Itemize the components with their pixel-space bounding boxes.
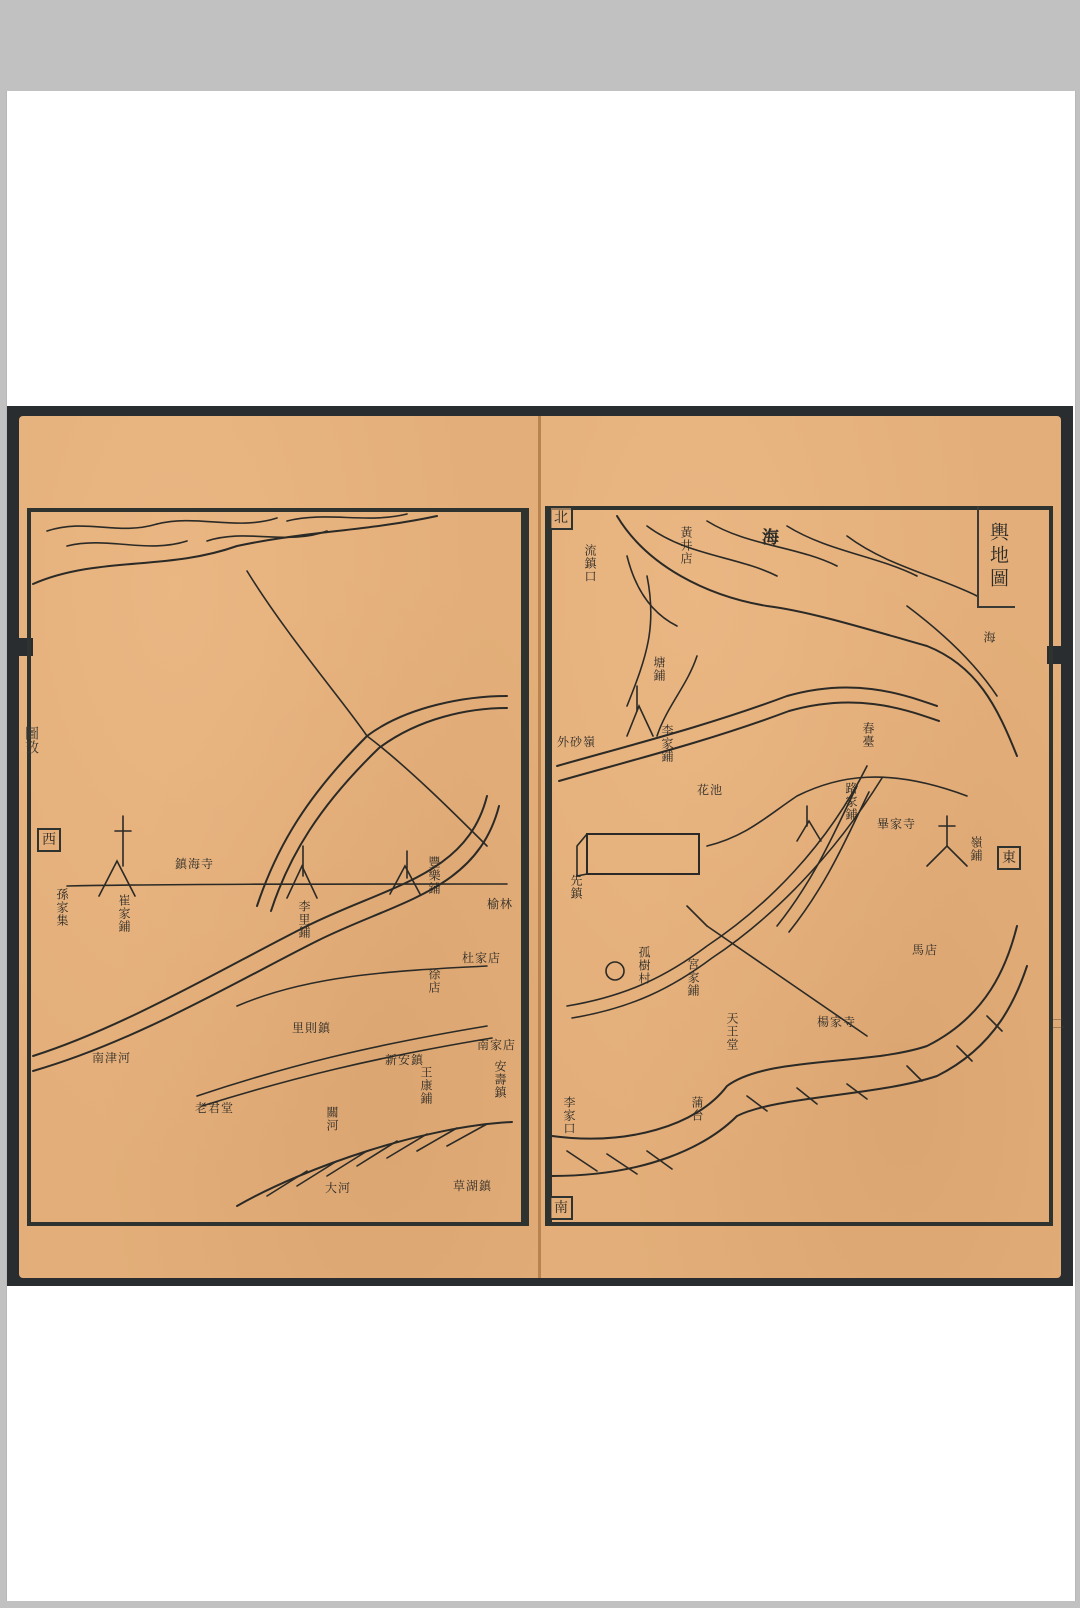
place-label: 孤樹村: [637, 946, 650, 985]
direction-west: 西: [37, 828, 61, 852]
direction-east: 東: [997, 846, 1021, 870]
place-label: 鎮海寺: [175, 858, 214, 871]
map-title: 輿地圖: [977, 506, 1015, 608]
place-label: 先鎮: [569, 874, 582, 900]
place-label: 流鎮口: [583, 544, 596, 583]
place-label: 南津河: [92, 1052, 131, 1065]
place-label: 豐樂鋪: [427, 856, 440, 895]
place-label: 關河: [325, 1106, 338, 1132]
place-label: 李里鋪: [297, 900, 310, 939]
place-label: 春臺: [861, 722, 874, 748]
place-label: 草湖鎮: [453, 1180, 492, 1193]
place-label: 馬店: [912, 944, 938, 957]
left-margin-text: 圖攷: [21, 726, 41, 754]
direction-north: 北: [549, 506, 573, 530]
place-label: 花池: [697, 784, 723, 797]
place-label: 外砂嶺: [557, 736, 596, 749]
place-label: 孫家集: [55, 888, 68, 927]
place-label: 宮家鋪: [686, 958, 699, 997]
place-label: 蒲台: [690, 1096, 703, 1122]
place-label: 畢家寺: [877, 818, 916, 831]
place-label: 王康鋪: [419, 1066, 432, 1105]
page-number: 二: [1047, 1016, 1067, 1030]
place-label: 崔家鋪: [117, 894, 130, 933]
place-label: 李家鋪: [660, 724, 673, 763]
place-label: 黃井店: [679, 526, 692, 565]
map-drawing: [7, 406, 1073, 1286]
direction-south: 南: [549, 1196, 573, 1220]
book-scan[interactable]: 輿地圖 圖攷 二 北 南 東 西 海 海 孫家集 崔家鋪 鎮海寺 李里鋪 豐樂鋪…: [7, 406, 1073, 1286]
place-label: 杜家店: [462, 952, 501, 965]
place-label: 南家店: [477, 1039, 516, 1052]
place-label: 安壽鎮: [493, 1060, 506, 1099]
place-label: 里則鎮: [292, 1022, 331, 1035]
place-label: 塘鋪: [652, 656, 665, 682]
place-label: 大河: [325, 1182, 351, 1195]
place-label: 李家口: [562, 1096, 575, 1135]
sea-label-right: 海: [982, 631, 995, 644]
place-label: 徐店: [427, 968, 440, 994]
place-label: 嶺鋪: [969, 836, 982, 862]
place-label: 老君堂: [195, 1102, 234, 1115]
place-label: 楊家寺: [817, 1016, 856, 1029]
place-label: 天王堂: [725, 1012, 738, 1051]
place-label: 榆林: [487, 898, 513, 911]
place-label: 路家鋪: [844, 782, 857, 821]
sea-label: 海: [762, 529, 780, 547]
